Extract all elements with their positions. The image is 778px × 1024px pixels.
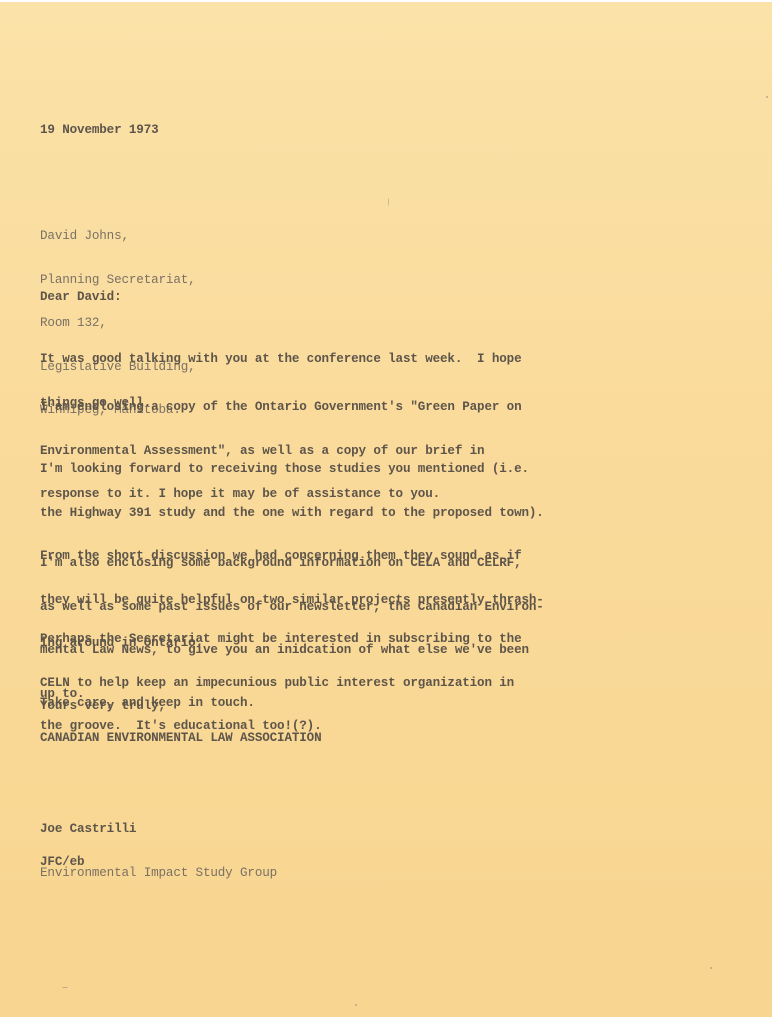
paper-speck <box>710 967 712 969</box>
signature-block: Joe Castrilli Environmental Impact Study… <box>40 793 277 909</box>
paper-speck <box>355 1004 357 1006</box>
recipient-line: Planning Secretariat, <box>40 273 196 288</box>
organization-name: CANADIAN ENVIRONMENTAL LAW ASSOCIATION <box>40 731 322 746</box>
recipient-line: David Johns, <box>40 229 196 244</box>
salutation: Dear David: <box>40 290 121 305</box>
paragraph-line: I am enclosing a copy of the Ontario Gov… <box>40 400 522 415</box>
letter-date: 19 November 1973 <box>40 123 159 138</box>
paragraph-line: the Highway 391 study and the one with r… <box>40 506 544 521</box>
paper-speck <box>62 987 68 988</box>
paragraph-line: Perhaps the Secretariat might be interes… <box>40 632 522 647</box>
paper-mark <box>388 198 389 206</box>
reference-initials: JFC/eb <box>40 855 84 870</box>
paragraph-line: I'm also enclosing some background infor… <box>40 556 544 571</box>
signer-name: Joe Castrilli <box>40 822 277 837</box>
paragraph-line: I'm looking forward to receiving those s… <box>40 462 544 477</box>
letter-page: 19 November 1973 David Johns, Planning S… <box>0 2 772 1017</box>
closing: Yours very truly, <box>40 699 166 714</box>
paragraph-line: It was good talking with you at the conf… <box>40 352 522 367</box>
paper-speck <box>766 96 768 98</box>
